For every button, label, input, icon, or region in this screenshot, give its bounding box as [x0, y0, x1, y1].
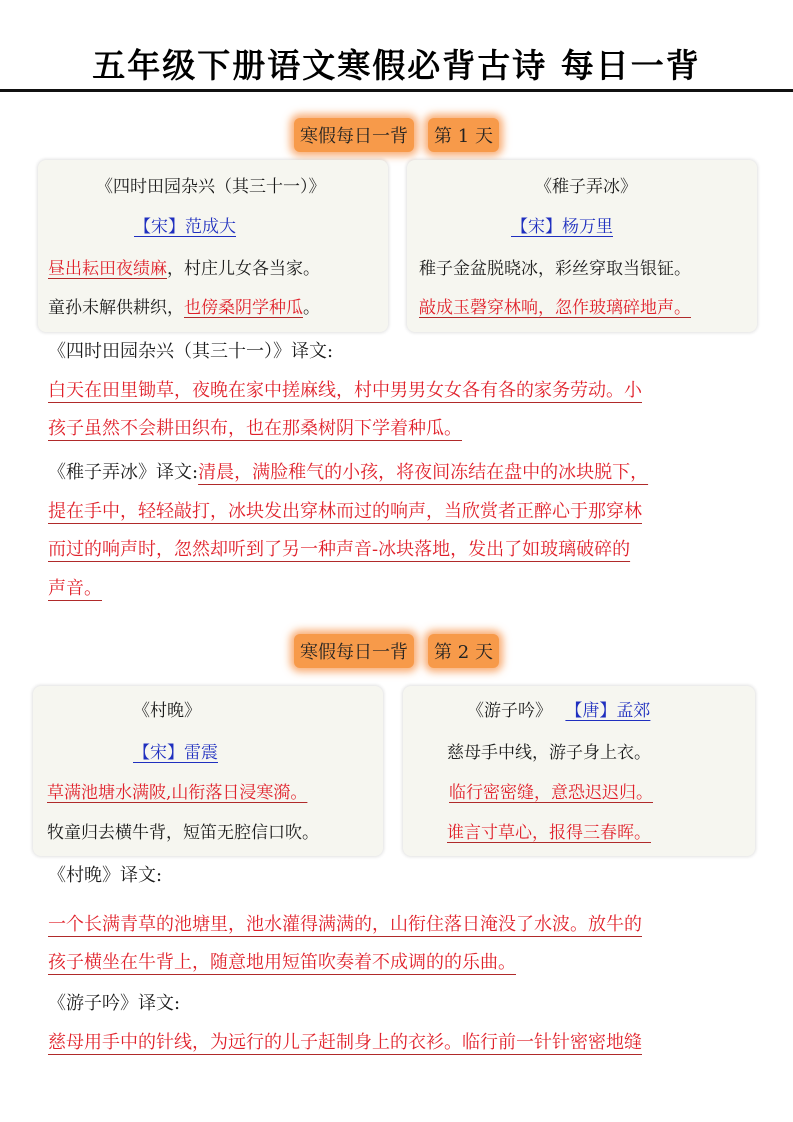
poem-line-1: 昼出耘田夜绩麻，村庄儿女各当家。: [48, 254, 320, 279]
poem-title: 《游子吟》: [467, 701, 552, 721]
poem-author: 【唐】孟郊: [565, 701, 650, 721]
translation-text: 孩子横坐在牛背上，随意地用短笛吹奏着不成调的的乐曲。: [48, 952, 516, 973]
poem-line-1: 草满池塘水满陂,山衔落日浸寒漪。: [47, 778, 307, 803]
day-2-badge: 寒假每日一背 第 2 天: [0, 634, 793, 668]
poem-line-2: 临行密密缝，意恐迟迟归。: [449, 778, 653, 803]
poem-card-sishi: 《四时田园杂兴（其三十一）》 【宋】范成大 昼出耘田夜绩麻，村庄儿女各当家。 童…: [38, 160, 388, 332]
translation-text: 而过的响声时，忽然却听到了另一种声音-冰块落地，发出了如玻璃破碎的: [48, 539, 630, 560]
translation-sishi: 《四时田园杂兴（其三十一）》译文: 白天在田里锄草，夜晚在家中搓麻线，村中男男女…: [48, 333, 748, 449]
day-badge-label: 寒假每日一背: [294, 118, 414, 152]
poem-title: 《村晚》: [133, 696, 201, 721]
poem-line-3: 谁言寸草心，报得三春晖。: [447, 818, 651, 843]
poem-card-youziyin: 《游子吟》 【唐】孟郊 慈母手中线，游子身上衣。 临行密密缝，意恐迟迟归。 谁言…: [403, 686, 755, 856]
translation-youziyin: 《游子吟》译文: 慈母用手中的针线，为远行的儿子赶制身上的衣衫。临行前一针针密密…: [48, 985, 748, 1062]
translation-label: 《村晚》译文:: [48, 857, 748, 896]
day-badge-number: 第 2 天: [428, 634, 499, 668]
title-divider: [0, 89, 793, 92]
translation-label: 《稚子弄冰》译文:: [48, 462, 198, 483]
poem-line-2: 牧童归去横牛背，短笛无腔信口吹。: [47, 818, 319, 843]
translation-label: 《游子吟》译文:: [48, 985, 748, 1024]
translation-text: 声音。: [48, 578, 102, 599]
translation-text: 一个长满青草的池塘里，池水灌得满满的，山衔住落日淹没了水波。放牛的: [48, 914, 642, 935]
day-badge-label: 寒假每日一背: [294, 634, 414, 668]
translation-text: 孩子虽然不会耕田织布，也在那桑树阴下学着种瓜。: [48, 418, 462, 439]
poem-line-1: 稚子金盆脱晓冰，彩丝穿取当银钲。: [419, 254, 691, 279]
poem-author: 【宋】雷震: [133, 738, 218, 763]
poem-card-zhizi: 《稚子弄冰》 【宋】杨万里 稚子金盆脱晓冰，彩丝穿取当银钲。 敲成玉磬穿林响，忽…: [407, 160, 757, 332]
day-1-badge: 寒假每日一背 第 1 天: [0, 118, 793, 152]
translation-text: 白天在田里锄草，夜晚在家中搓麻线，村中男男女女各有各的家务劳动。小: [48, 380, 642, 401]
poem-line-1: 慈母手中线，游子身上衣。: [447, 738, 651, 763]
day-badge-number: 第 1 天: [428, 118, 499, 152]
page-title: 五年级下册语文寒假必背古诗 每日一背: [0, 40, 793, 87]
poem-card-cunwan: 《村晚》 【宋】雷震 草满池塘水满陂,山衔落日浸寒漪。 牧童归去横牛背，短笛无腔…: [33, 686, 383, 856]
poem-line-2: 童孙未解供耕织，也傍桑阴学种瓜。: [48, 293, 320, 318]
translation-zhizi: 《稚子弄冰》译文:清晨，满脸稚气的小孩，将夜间冻结在盘中的冰块脱下， 提在手中，…: [48, 454, 748, 608]
poem-title: 《四时田园杂兴（其三十一）》: [96, 172, 326, 197]
translation-text: 清晨，满脸稚气的小孩，将夜间冻结在盘中的冰块脱下，: [198, 462, 648, 483]
poem-author: 【宋】杨万里: [511, 212, 613, 237]
poem-title: 《稚子弄冰》: [535, 172, 637, 197]
poem-line-2: 敲成玉磬穿林响，忽作玻璃碎地声。: [419, 293, 691, 318]
translation-cunwan: 《村晚》译文: 一个长满青草的池塘里，池水灌得满满的，山衔住落日淹没了水波。放牛…: [48, 857, 748, 983]
translation-text: 提在手中，轻轻敲打，冰块发出穿林而过的响声，当欣赏者正醉心于那穿林: [48, 501, 642, 522]
poem-header: 《游子吟》 【唐】孟郊: [467, 696, 650, 721]
translation-text: 慈母用手中的针线，为远行的儿子赶制身上的衣衫。临行前一针针密密地缝: [48, 1032, 642, 1053]
translation-label: 《四时田园杂兴（其三十一）》译文:: [48, 333, 748, 372]
poem-author: 【宋】范成大: [134, 212, 236, 237]
